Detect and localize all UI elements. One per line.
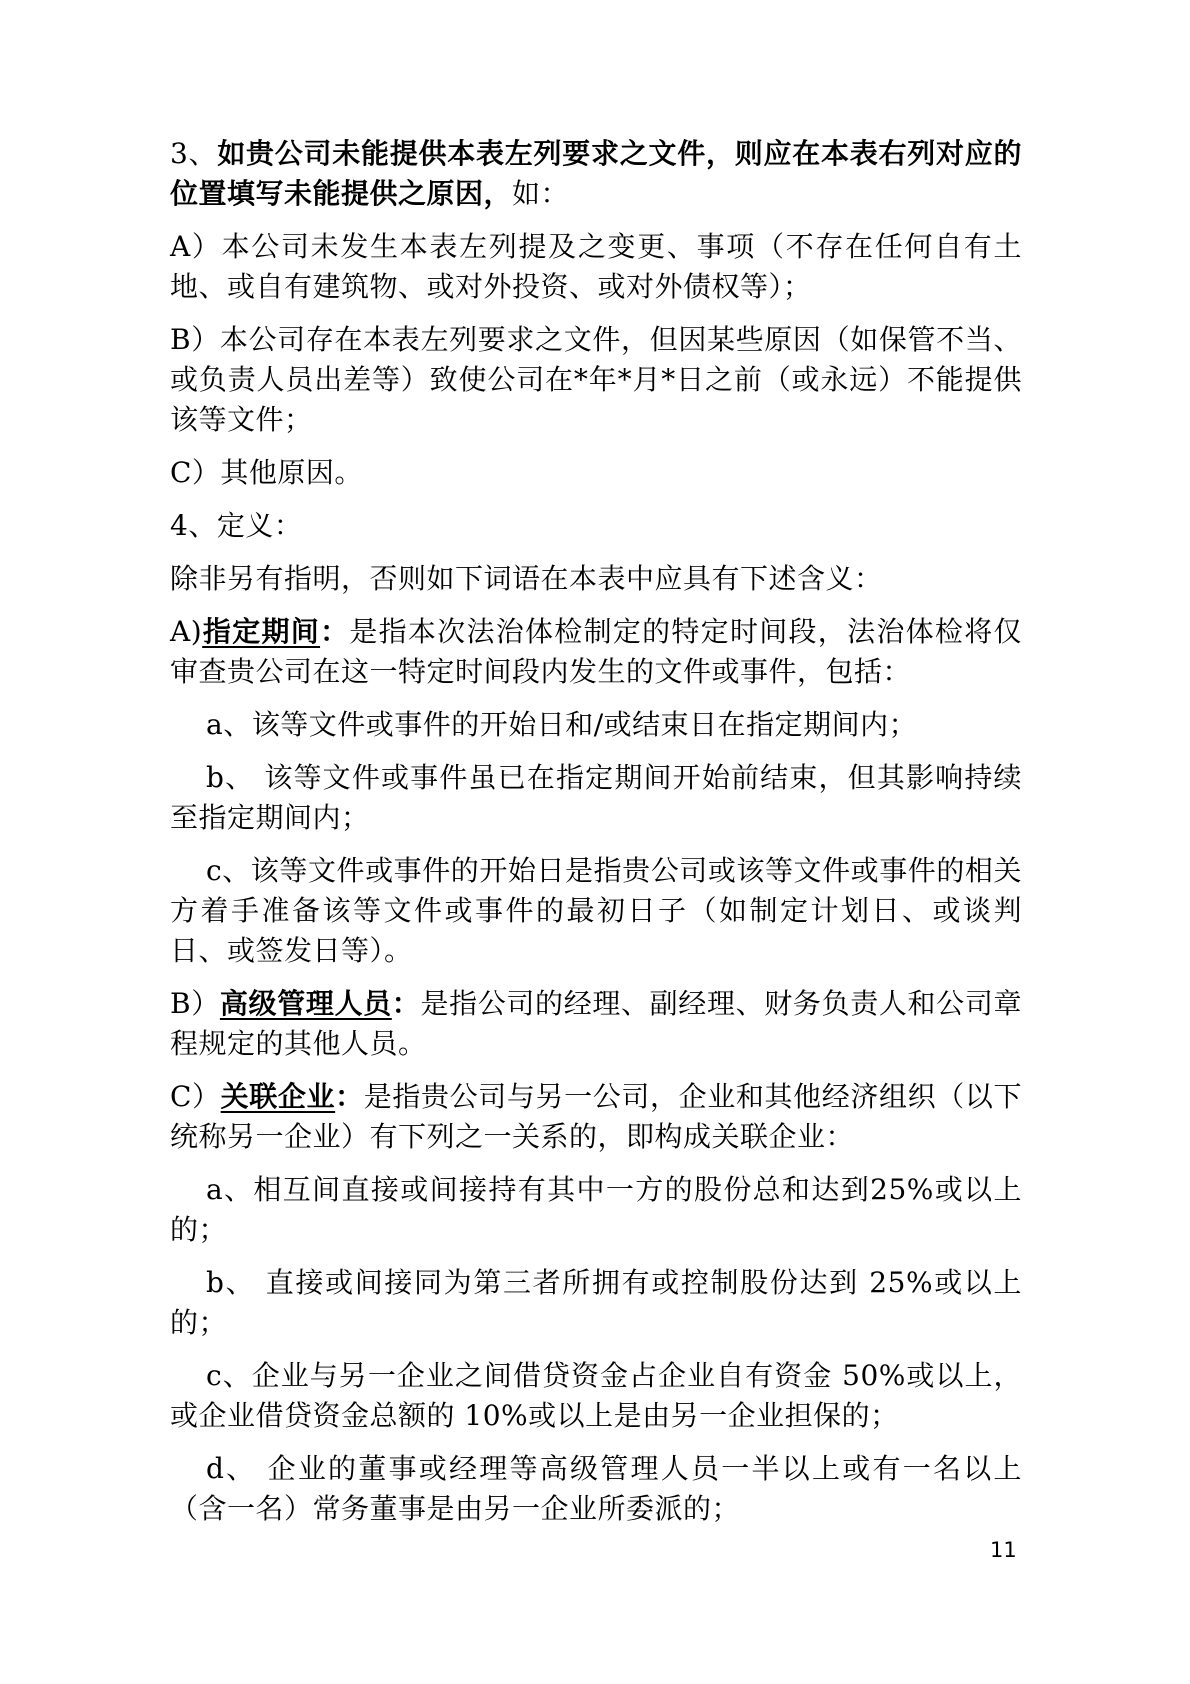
definition-c-term: 关联企业	[221, 1080, 336, 1113]
definition-b-label: B）	[170, 987, 220, 1020]
definition-b-colon: ：	[392, 987, 421, 1020]
definition-b: B）高级管理人员：是指公司的经理、副经理、财务负责人和公司章程规定的其他人员。	[170, 984, 1022, 1064]
definition-a-sub-a: a、该等文件或事件的开始日和/或结束日在指定期间内；	[170, 705, 1022, 745]
page-number: 11	[990, 1537, 1017, 1563]
definition-a-sub-b: b、 该等文件或事件虽已在指定期间开始前结束，但其影响持续至指定期间内；	[170, 758, 1022, 838]
definition-c-sub-b: b、 直接或间接同为第三者所拥有或控制股份达到 25%或以上的；	[170, 1263, 1022, 1343]
reason-item-a: A）本公司未发生本表左列提及之变更、事项（不存在任何自有土地、或自有建筑物、或对…	[170, 227, 1022, 307]
section-3-tail-text: 如：	[512, 177, 569, 210]
definition-c-sub-a: a、相互间直接或间接持有其中一方的股份总和达到25%或以上的；	[170, 1170, 1022, 1250]
definitions-intro: 除非另有指明，否则如下词语在本表中应具有下述含义：	[170, 559, 1022, 599]
definition-a-colon: ：	[320, 615, 349, 648]
reason-item-c: C）其他原因。	[170, 453, 1022, 493]
definition-a: A)指定期间：是指本次法治体检制定的特定时间段，法治体检将仅审查贵公司在这一特定…	[170, 612, 1022, 692]
definition-c-sub-d: d、 企业的董事或经理等高级管理人员一半以上或有一名以上（含一名）常务董事是由另…	[170, 1449, 1022, 1529]
definition-c: C）关联企业：是指贵公司与另一公司，企业和其他经济组织（以下统称另一企业）有下列…	[170, 1077, 1022, 1157]
section-4-heading: 4、定义：	[170, 506, 1022, 546]
section-3-number: 3、	[170, 137, 217, 170]
section-3-bold-text: 如贵公司未能提供本表左列要求之文件，则应在本表右列对应的位置填写未能提供之原因，	[170, 137, 1022, 210]
definition-a-label: A)	[170, 615, 202, 648]
reason-item-b: B）本公司存在本表左列要求之文件，但因某些原因（如保管不当、或负责人员出差等）致…	[170, 320, 1022, 440]
document-page: 3、如贵公司未能提供本表左列要求之文件，则应在本表右列对应的位置填写未能提供之原…	[170, 134, 1022, 1529]
definition-b-term: 高级管理人员	[220, 987, 392, 1020]
definition-c-label: C）	[170, 1080, 221, 1113]
definition-c-colon: ：	[335, 1080, 364, 1113]
definition-a-term: 指定期间	[202, 615, 320, 648]
section-3-heading: 3、如贵公司未能提供本表左列要求之文件，则应在本表右列对应的位置填写未能提供之原…	[170, 134, 1022, 214]
definition-c-sub-c: c、企业与另一企业之间借贷资金占企业自有资金 50%或以上，或企业借贷资金总额的…	[170, 1356, 1022, 1436]
definition-a-sub-c: c、该等文件或事件的开始日是指贵公司或该等文件或事件的相关方着手准备该等文件或事…	[170, 851, 1022, 971]
